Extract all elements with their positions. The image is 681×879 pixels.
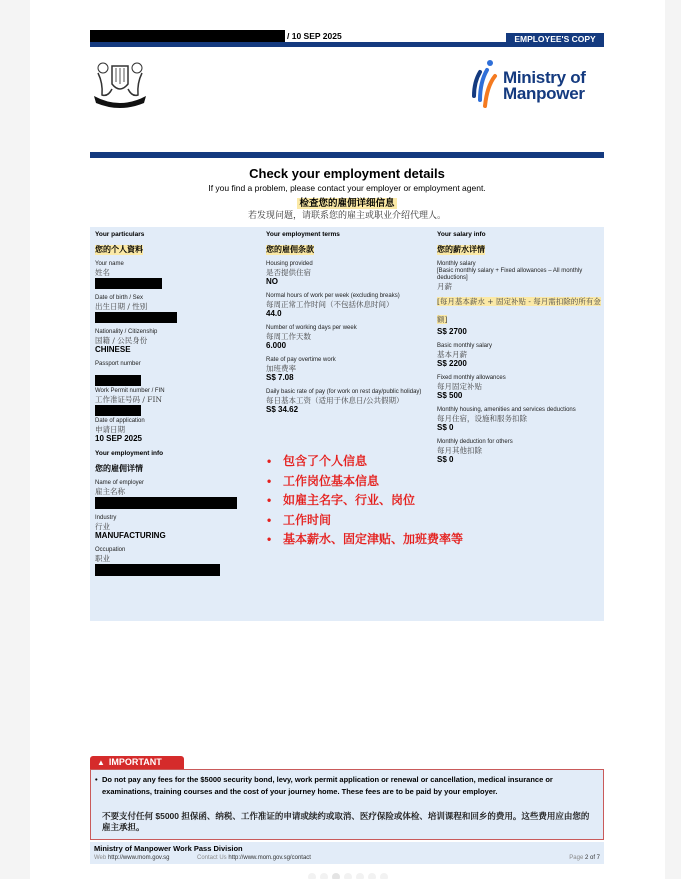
redacted-passport xyxy=(95,375,141,386)
contact-label: Contact Us xyxy=(197,855,227,861)
page-title: Check your employment details xyxy=(90,166,604,181)
occupation-label-zh: 职业 xyxy=(95,554,260,563)
field-hours: Normal hours of work per week (excluding… xyxy=(266,293,431,319)
name-label: Your name xyxy=(95,261,260,268)
annotation-item: 包含了个人信息 xyxy=(267,452,463,472)
header-rule xyxy=(90,42,604,47)
field-housing: Housing provided 是否提供住宿 NO xyxy=(266,261,431,287)
days-label-zh: 每周工作天数 xyxy=(266,332,431,341)
redacted-occupation xyxy=(95,564,220,576)
terms-heading: Your employment terms xyxy=(266,231,431,239)
monthly-desc-zh: [每月基本薪水 + 固定补贴 - 每月需扣除的所有金额] xyxy=(437,297,601,324)
document-page: / 10 SEP 2025 EMPLOYEE'S COPY Ministry o… xyxy=(30,0,665,879)
web-link[interactable]: http://www.mom.gov.sg xyxy=(108,855,170,861)
salary-column: Your salary info 您的薪水详情 Monthly salary [… xyxy=(437,231,602,471)
page-label: Page xyxy=(569,855,583,861)
redacted-reference xyxy=(90,30,285,42)
allow-label: Fixed monthly allowances xyxy=(437,375,602,382)
field-overtime: Rate of pay overtime work 加班费率 S$ 7.08 xyxy=(266,357,431,383)
days-label: Number of working days per week xyxy=(266,325,431,332)
allow-value: S$ 500 xyxy=(437,391,602,401)
nationality-value: CHINESE xyxy=(95,345,260,355)
hours-label-zh: 每周正常工作时间（不包括休息时间） xyxy=(266,300,431,309)
hours-label: Normal hours of work per week (excluding… xyxy=(266,293,431,300)
page-title-zh: 检查您的雇佣详细信息 xyxy=(90,195,604,209)
page-subtitle: If you find a problem, please contact yo… xyxy=(90,183,604,193)
ot-label-zh: 加班费率 xyxy=(266,364,431,373)
field-basic-salary: Basic monthly salary 基本月薪 S$ 2200 xyxy=(437,343,602,369)
hours-value: 44.0 xyxy=(266,309,431,319)
redacted-work-permit xyxy=(95,405,141,416)
field-employer: Name of employer 雇主名称 xyxy=(95,480,260,509)
industry-label-zh: 行业 xyxy=(95,522,260,531)
field-housing-deductions: Monthly housing, amenities and services … xyxy=(437,407,602,433)
app-date-label-zh: 申请日期 xyxy=(95,425,260,434)
page-dot[interactable] xyxy=(356,873,364,879)
page-dot[interactable] xyxy=(308,873,316,879)
annotation-item: 基本薪水、固定津贴、加班费率等 xyxy=(267,530,463,550)
page-dot[interactable] xyxy=(380,873,388,879)
ot-value: S$ 7.08 xyxy=(266,373,431,383)
daily-label: Daily basic rate of pay (for work on res… xyxy=(266,389,431,396)
annotation-item: 工作时间 xyxy=(267,511,463,531)
terms-heading-zh: 您的雇佣条款 xyxy=(266,245,314,255)
industry-label: Industry xyxy=(95,515,260,522)
page-indicator: Page 2 of 7 xyxy=(569,855,600,861)
page-footer: Ministry of Manpower Work Pass Division … xyxy=(90,842,604,864)
app-date-value: 10 SEP 2025 xyxy=(95,434,260,444)
field-passport: Passport number xyxy=(95,361,260,386)
employer-label: Name of employer xyxy=(95,480,260,487)
ot-label: Rate of pay overtime work xyxy=(266,357,431,364)
particulars-heading-zh: 您的个人資料 xyxy=(95,245,143,255)
web-label: Web xyxy=(94,855,106,861)
field-nationality: Nationality / Citizenship 国籍 / 公民身份 CHIN… xyxy=(95,329,260,355)
dob-label-zh: 出生日期 / 性别 xyxy=(95,302,260,311)
field-monthly-salary: Monthly salary [Basic monthly salary + F… xyxy=(437,261,602,337)
monthly-value: S$ 2700 xyxy=(437,327,602,337)
particulars-heading: Your particulars xyxy=(95,231,260,239)
monthly-desc: [Basic monthly salary + Fixed allowances… xyxy=(437,268,602,282)
field-application-date: Date of application 申请日期 10 SEP 2025 xyxy=(95,418,260,444)
daily-value: S$ 34.62 xyxy=(266,405,431,415)
logo-line-2: Manpower xyxy=(503,86,586,102)
days-value: 6.000 xyxy=(266,341,431,351)
employer-label-zh: 雇主名称 xyxy=(95,487,260,496)
housing-label-zh: 是否提供住宿 xyxy=(266,268,431,277)
page-value: 2 of 7 xyxy=(585,855,600,861)
page-subtitle-zh: 若发现问题，请联系您的雇主或职业介绍代理人。 xyxy=(90,208,604,221)
wp-label: Work Permit number / FIN xyxy=(95,388,260,395)
app-date-label: Date of application xyxy=(95,418,260,425)
important-notice: • Do not pay any fees for the $5000 secu… xyxy=(90,769,604,840)
mom-logo-text: Ministry of Manpower xyxy=(503,70,586,102)
housing-label: Housing provided xyxy=(266,261,431,268)
section-rule xyxy=(90,152,604,158)
footer-links: Web http://www.mom.gov.sg Contact Us htt… xyxy=(94,855,600,861)
particulars-column: Your particulars 您的个人資料 Your name 姓名 Dat… xyxy=(95,231,260,582)
annotation-item: 工作岗位基本信息 xyxy=(267,472,463,492)
employment-info-heading: Your employment info xyxy=(95,450,260,458)
contact-row: Contact Us http://www.mom.gov.sg/contact xyxy=(197,855,311,861)
occupation-label: Occupation xyxy=(95,547,260,554)
field-occupation: Occupation 职业 xyxy=(95,547,260,576)
housing-value: NO xyxy=(266,277,431,287)
bullet-icon: • xyxy=(95,774,98,786)
basic-value: S$ 2200 xyxy=(437,359,602,369)
housing-ded-label: Monthly housing, amenities and services … xyxy=(437,407,602,414)
singapore-crest-icon xyxy=(90,58,150,110)
field-work-permit: Work Permit number / FIN 工作准证号码 / FIN xyxy=(95,388,260,416)
salary-heading: Your salary info xyxy=(437,231,602,239)
page-dot[interactable] xyxy=(332,873,340,879)
mom-logo-mark-icon xyxy=(470,58,502,110)
redacted-employer xyxy=(95,497,237,509)
allow-label-zh: 每月固定补贴 xyxy=(437,382,602,391)
details-panel: Your particulars 您的个人資料 Your name 姓名 Dat… xyxy=(90,227,604,621)
name-label-zh: 姓名 xyxy=(95,268,260,277)
page-dot[interactable] xyxy=(344,873,352,879)
mom-logo: Ministry of Manpower xyxy=(470,58,605,110)
housing-ded-value: S$ 0 xyxy=(437,423,602,433)
field-dob: Date of birth / Sex 出生日期 / 性别 xyxy=(95,295,260,323)
daily-label-zh: 每日基本工资（适用于休息日/公共假期） xyxy=(266,396,431,405)
important-text-en-content: Do not pay any fees for the $5000 securi… xyxy=(95,774,595,797)
nationality-label: Nationality / Citizenship xyxy=(95,329,260,336)
important-tab: ▲IMPORTANT xyxy=(90,756,184,769)
salary-heading-zh: 您的薪水详情 xyxy=(437,245,485,255)
contact-link[interactable]: http://www.mom.gov.sg/contact xyxy=(228,855,311,861)
warning-icon: ▲ xyxy=(97,756,105,769)
important-label: IMPORTANT xyxy=(109,757,162,767)
redacted-name xyxy=(95,278,162,289)
basic-label-zh: 基本月薪 xyxy=(437,350,602,359)
basic-label: Basic monthly salary xyxy=(437,343,602,350)
field-allowances: Fixed monthly allowances 每月固定补贴 S$ 500 xyxy=(437,375,602,401)
monthly-label: Monthly salary xyxy=(437,261,602,268)
important-text-zh: 不要支付任何 $5000 担保函、纳税、工作准证的申请或续约或取消、医疗保险或体… xyxy=(102,811,597,833)
nationality-label-zh: 国籍 / 公民身份 xyxy=(95,336,260,345)
dob-label: Date of birth / Sex xyxy=(95,295,260,302)
passport-label: Passport number xyxy=(95,361,260,368)
important-text-en: • Do not pay any fees for the $5000 secu… xyxy=(95,774,595,797)
issue-date: / 10 SEP 2025 xyxy=(287,31,342,41)
redacted-dob xyxy=(95,312,177,323)
housing-ded-label-zh: 每月住宿，设施和服务扣除 xyxy=(437,414,602,423)
annotation-list: 包含了个人信息 工作岗位基本信息 如雇主名字、行业、岗位 工作时间 基本薪水、固… xyxy=(267,452,463,550)
field-days: Number of working days per week 每周工作天数 6… xyxy=(266,325,431,351)
field-industry: Industry 行业 MANUFACTURING xyxy=(95,515,260,541)
footer-division: Ministry of Manpower Work Pass Division xyxy=(94,844,243,853)
field-daily-rate: Daily basic rate of pay (for work on res… xyxy=(266,389,431,415)
page-dot[interactable] xyxy=(368,873,376,879)
page-pagination xyxy=(308,868,392,879)
other-ded-label: Monthly deduction for others xyxy=(437,439,602,446)
annotation-item: 如雇主名字、行业、岗位 xyxy=(267,491,463,511)
industry-value: MANUFACTURING xyxy=(95,531,260,541)
terms-column: Your employment terms 您的雇佣条款 Housing pro… xyxy=(266,231,431,421)
page-dot[interactable] xyxy=(320,873,328,879)
monthly-label-zh: 月薪 xyxy=(437,282,602,291)
wp-label-zh: 工作准证号码 / FIN xyxy=(95,395,260,404)
employment-info-heading-zh: 您的雇佣详情 xyxy=(95,464,143,474)
field-name: Your name 姓名 xyxy=(95,261,260,289)
